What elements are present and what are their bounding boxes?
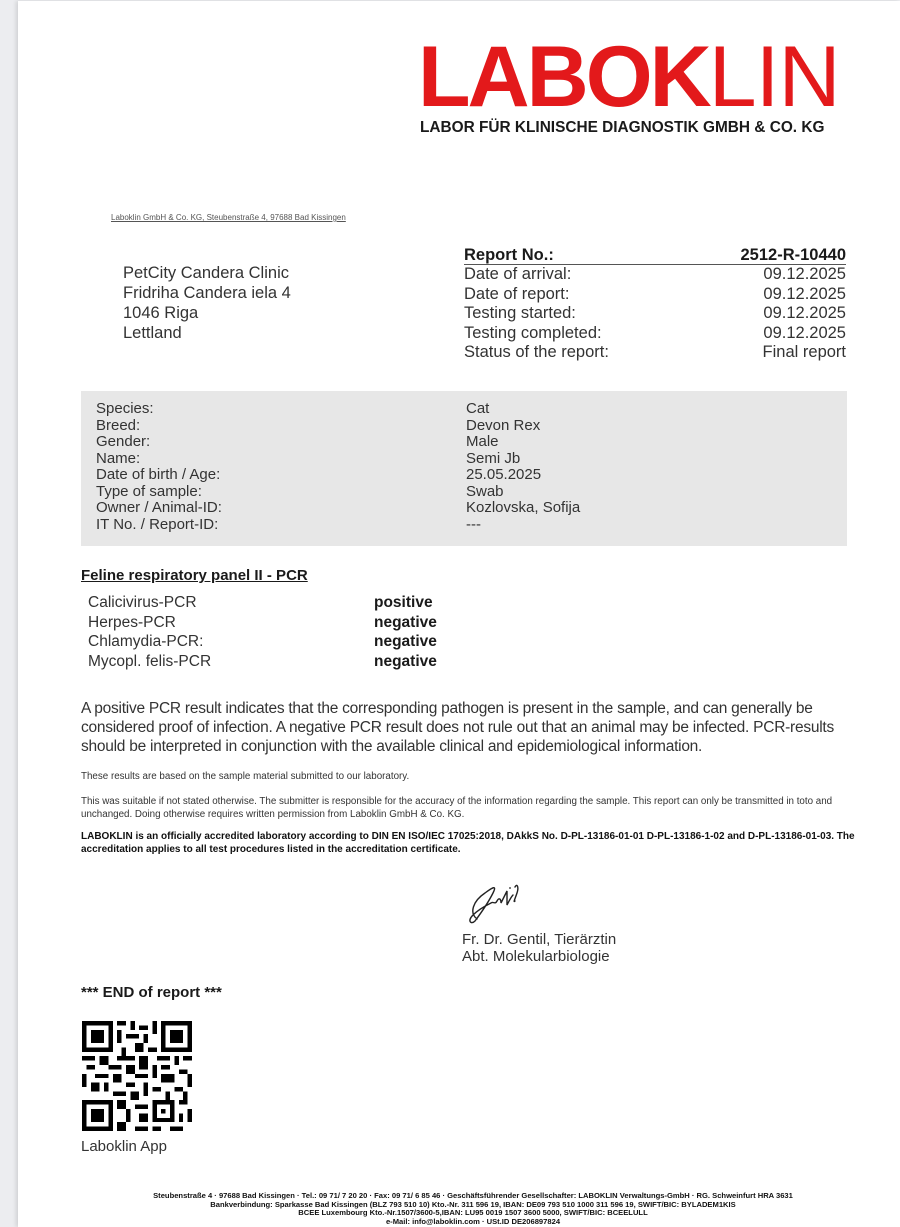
- patient-info: Species:Cat Breed:Devon Rex Gender:Male …: [96, 401, 580, 533]
- patient-row: Date of birth / Age:25.05.2025: [96, 467, 580, 484]
- patient-value: Kozlovska, Sofija: [466, 500, 580, 517]
- pcr-explanation: A positive PCR result indicates that the…: [81, 699, 851, 756]
- recipient-line: PetCity Candera Clinic: [123, 263, 291, 283]
- accreditation-note: LABOKLIN is an officially accredited lab…: [81, 830, 856, 856]
- meta-value: 09.12.2025: [763, 285, 846, 305]
- patient-label: Species:: [96, 401, 466, 418]
- test-row: Chlamydia-PCR:negative: [88, 632, 437, 652]
- patient-row: Owner / Animal-ID:Kozlovska, Sofija: [96, 500, 580, 517]
- patient-value: ---: [466, 517, 481, 534]
- patient-label: Type of sample:: [96, 484, 466, 501]
- patient-label: IT No. / Report-ID:: [96, 517, 466, 534]
- qr-code-icon[interactable]: [81, 1021, 193, 1131]
- patient-row: Gender:Male: [96, 434, 580, 451]
- laboklin-logo: LABOKLIN LABOR FÜR KLINISCHE DIAGNOSTIK …: [418, 41, 868, 137]
- test-name: Mycopl. felis-PCR: [88, 652, 374, 672]
- signer-department: Abt. Molekularbiologie: [462, 948, 616, 965]
- meta-row: Status of the report: Final report: [464, 343, 846, 363]
- meta-label: Date of arrival:: [464, 265, 571, 285]
- meta-value: Final report: [763, 343, 846, 363]
- patient-row: Name:Semi Jb: [96, 451, 580, 468]
- recipient-line: Fridriha Candera iela 4: [123, 283, 291, 303]
- test-name: Calicivirus-PCR: [88, 593, 374, 613]
- meta-value: 09.12.2025: [763, 265, 846, 285]
- patient-info-box: Species:Cat Breed:Devon Rex Gender:Male …: [81, 391, 847, 546]
- panel-results: Calicivirus-PCRpositive Herpes-PCRnegati…: [88, 593, 437, 671]
- meta-label: Status of the report:: [464, 343, 609, 363]
- meta-row: Testing completed: 09.12.2025: [464, 324, 846, 344]
- test-name: Herpes-PCR: [88, 613, 374, 633]
- report-page: LABOKLIN LABOR FÜR KLINISCHE DIAGNOSTIK …: [18, 1, 900, 1227]
- report-meta: Report No.: 2512-R-10440 Date of arrival…: [464, 246, 846, 363]
- sender-address-line: Laboklin GmbH & Co. KG, Steubenstraße 4,…: [111, 213, 346, 222]
- meta-row: Date of arrival: 09.12.2025: [464, 265, 846, 285]
- patient-label: Date of birth / Age:: [96, 467, 466, 484]
- logo-subtitle: LABOR FÜR KLINISCHE DIAGNOSTIK GMBH & CO…: [420, 119, 868, 137]
- patient-value: 25.05.2025: [466, 467, 541, 484]
- qr-label: Laboklin App: [81, 1138, 167, 1155]
- report-number: 2512-R-10440: [741, 246, 847, 264]
- test-result: negative: [374, 613, 437, 633]
- logo-wordmark: LABOKLIN: [418, 41, 868, 113]
- submitter-note: This was suitable if not stated otherwis…: [81, 795, 856, 821]
- page-footer: Steubenstraße 4 · 97688 Bad Kissingen · …: [78, 1192, 868, 1226]
- patient-row: Species:Cat: [96, 401, 580, 418]
- test-result: positive: [374, 593, 433, 613]
- patient-value: Cat: [466, 401, 489, 418]
- patient-value: Devon Rex: [466, 418, 540, 435]
- patient-label: Owner / Animal-ID:: [96, 500, 466, 517]
- test-result: negative: [374, 632, 437, 652]
- patient-row: Type of sample:Swab: [96, 484, 580, 501]
- patient-label: Name:: [96, 451, 466, 468]
- patient-label: Gender:: [96, 434, 466, 451]
- meta-value: 09.12.2025: [763, 304, 846, 324]
- patient-value: Semi Jb: [466, 451, 520, 468]
- test-name: Chlamydia-PCR:: [88, 632, 374, 652]
- panel-title: Feline respiratory panel II - PCR: [81, 567, 308, 584]
- patient-row: Breed:Devon Rex: [96, 418, 580, 435]
- test-row: Herpes-PCRnegative: [88, 613, 437, 633]
- recipient-address: PetCity Candera Clinic Fridriha Candera …: [123, 263, 291, 343]
- patient-label: Breed:: [96, 418, 466, 435]
- meta-row: Date of report: 09.12.2025: [464, 285, 846, 305]
- logo-text-bold: LABOK: [418, 29, 709, 125]
- test-row: Mycopl. felis-PCRnegative: [88, 652, 437, 672]
- end-of-report: *** END of report ***: [81, 984, 222, 1001]
- signer-block: Fr. Dr. Gentil, Tierärztin Abt. Molekula…: [462, 931, 616, 965]
- test-row: Calicivirus-PCRpositive: [88, 593, 437, 613]
- logo-text-thin: LIN: [709, 29, 840, 125]
- meta-label: Testing started:: [464, 304, 576, 324]
- patient-value: Male: [466, 434, 499, 451]
- meta-label: Testing completed:: [464, 324, 602, 344]
- sample-note: These results are based on the sample ma…: [81, 771, 851, 782]
- patient-value: Swab: [466, 484, 504, 501]
- footer-line: e-Mail: info@laboklin.com · USt.ID DE206…: [78, 1218, 868, 1227]
- report-number-row: Report No.: 2512-R-10440: [464, 246, 846, 265]
- test-result: negative: [374, 652, 437, 672]
- meta-value: 09.12.2025: [763, 324, 846, 344]
- signer-name: Fr. Dr. Gentil, Tierärztin: [462, 931, 616, 948]
- meta-row: Testing started: 09.12.2025: [464, 304, 846, 324]
- meta-label: Date of report:: [464, 285, 569, 305]
- recipient-line: 1046 Riga: [123, 303, 291, 323]
- recipient-line: Lettland: [123, 323, 291, 343]
- patient-row: IT No. / Report-ID:---: [96, 517, 580, 534]
- signature-icon: [463, 879, 533, 927]
- report-number-label: Report No.:: [464, 246, 554, 264]
